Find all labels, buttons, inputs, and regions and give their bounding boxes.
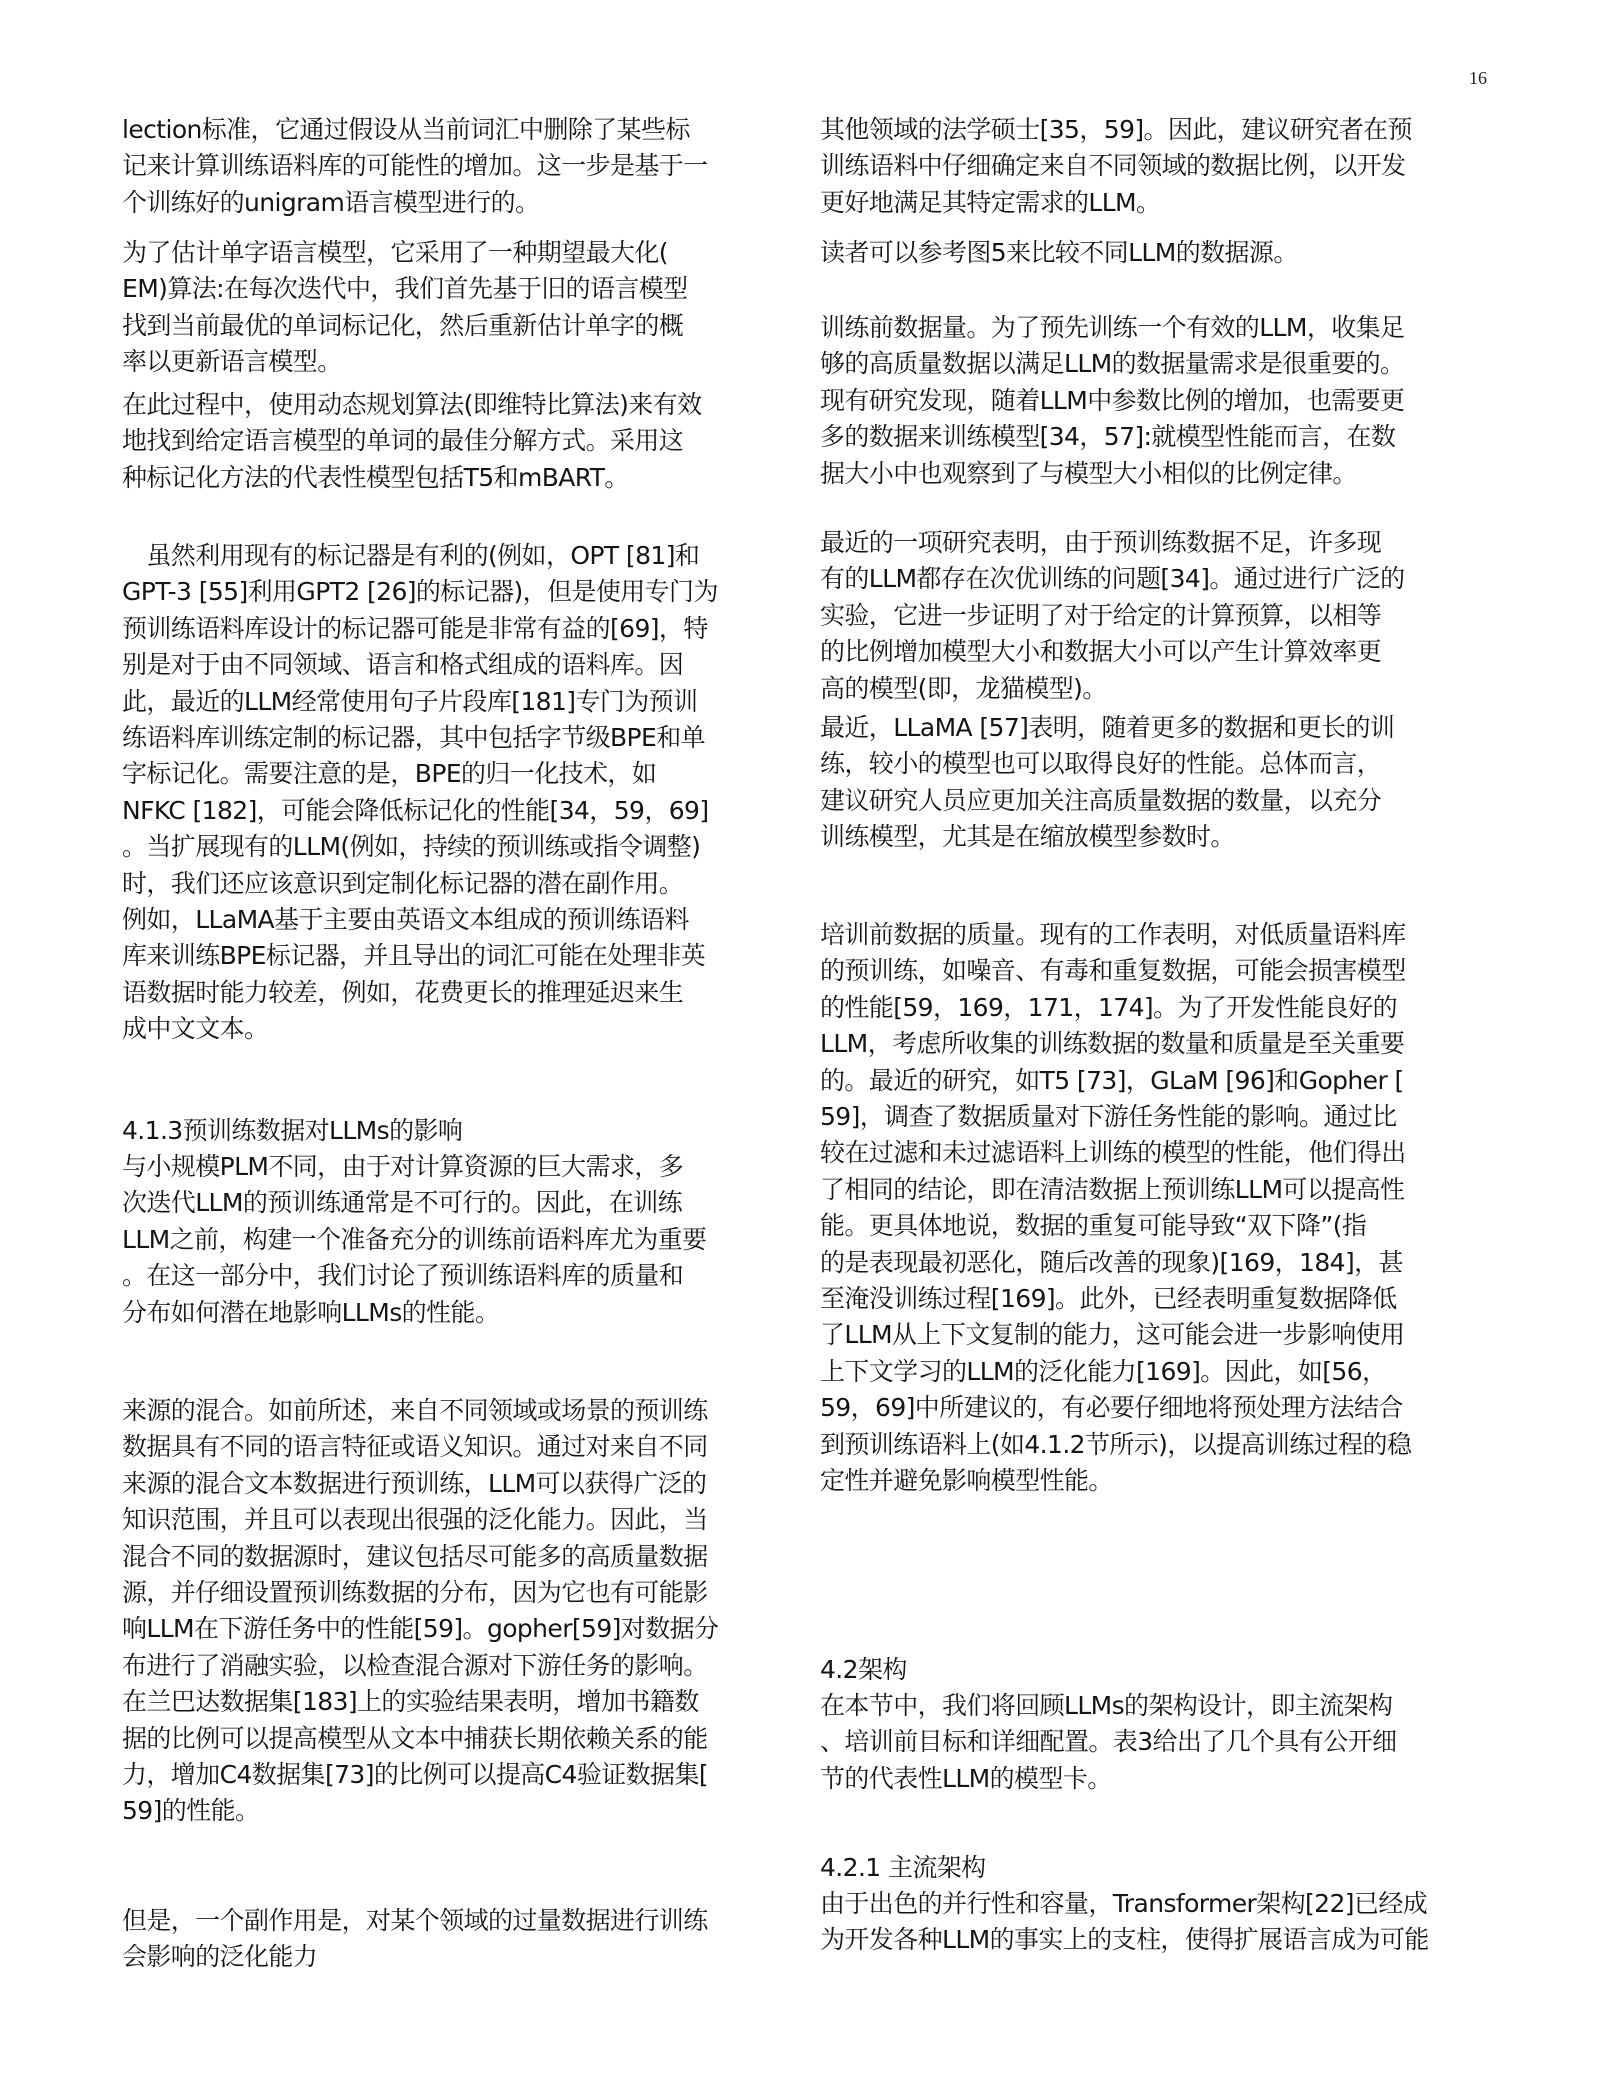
text-line: 率以更新语言模型。 [122, 344, 342, 380]
text-line: 库来训练BPE标记器，并且导出的词汇可能在处理非英 [122, 938, 705, 974]
text-line: 培训前数据的质量。现有的工作表明，对低质量语料库 [820, 917, 1406, 953]
text-line: 练语料库训练定制的标记器，其中包括字节级BPE和单 [122, 720, 705, 756]
text-line: 种标记化方法的代表性模型包括T5和mBART。 [122, 460, 629, 496]
text-line: 训练语料中仔细确定来自不同领域的数据比例，以开发 [820, 148, 1406, 184]
text-line: 虽然利用现有的标记器是有利的(例如，OPT [81]和 [122, 538, 699, 574]
text-line: EM)算法:在每次迭代中，我们首先基于旧的语言模型 [122, 271, 688, 307]
text-line: 节的代表性LLM的模型卡。 [820, 1761, 1112, 1797]
text-line: LLM，考虑所收集的训练数据的数量和质量是至关重要 [820, 1026, 1404, 1062]
text-line: 了LLM从上下文复制的能力，这可能会进一步影响使用 [820, 1317, 1404, 1353]
text-line: 次迭代LLM的预训练通常是不可行的。因此，在训练 [122, 1185, 682, 1221]
text-line: 现有研究发现，随着LLM中参数比例的增加，也需要更 [820, 383, 1404, 419]
text-line: 数据具有不同的语言特征或语义知识。通过对来自不同 [122, 1429, 708, 1465]
text-line: 源，并仔细设置预训练数据的分布，因为它也有可能影 [122, 1575, 708, 1611]
text-line: 知识范围，并且可以表现出很强的泛化能力。因此，当 [122, 1502, 708, 1538]
heading-text: 4.1.3预训练数据对LLMs的影响 [122, 1113, 462, 1149]
text-line: 例如，LLaMA基于主要由英语文本组成的预训练语料 [122, 902, 689, 938]
text-line: 找到当前最优的单词标记化，然后重新估计单字的概 [122, 308, 683, 344]
text-line: 训练前数据量。为了预先训练一个有效的LLM，收集足 [820, 310, 1404, 346]
text-line: 能。更具体地说，数据的重复可能导致“双下降”(指 [820, 1208, 1366, 1244]
text-line: 记来计算训练语料库的可能性的增加。这一步是基于一 [122, 148, 708, 184]
text-line: 了相同的结论，即在清洁数据上预训练LLM可以提高性 [820, 1172, 1404, 1208]
text-line: 响LLM在下游任务中的性能[59]。gopher[59]对数据分 [122, 1611, 718, 1647]
text-line: 其他领域的法学硕士[35，59]。因此，建议研究者在预 [820, 112, 1412, 148]
text-line: 的预训练，如噪音、有毒和重复数据，可能会损害模型 [820, 953, 1406, 989]
text-line: 地找到给定语言模型的单词的最佳分解方式。采用这 [122, 423, 683, 459]
text-line: 来源的混合文本数据进行预训练，LLM可以获得广泛的 [122, 1466, 706, 1502]
text-line: 的比例增加模型大小和数据大小可以产生计算效率更 [820, 634, 1381, 670]
text-line: 字标记化。需要注意的是，BPE的归一化技术，如 [122, 756, 656, 792]
text-line: 在本节中，我们将回顾LLMs的架构设计，即主流架构 [820, 1688, 1392, 1724]
text-line: 够的高质量数据以满足LLM的数据量需求是很重要的。 [820, 346, 1404, 382]
text-line: 。当扩展现有的LLM(例如，持续的预训练或指令调整) [122, 829, 700, 865]
text-line: 别是对于由不同领域、语言和格式组成的语料库。因 [122, 647, 683, 683]
text-line: 与小规模PLM不同，由于对计算资源的巨大需求，多 [122, 1149, 683, 1185]
text-line: 为了估计单字语言模型，它采用了一种期望最大化( [122, 235, 668, 271]
text-line: 时，我们还应该意识到定制化标记器的潜在副作用。 [122, 866, 683, 902]
text-line: 上下文学习的LLM的泛化能力[169]。因此，如[56， [820, 1354, 1386, 1390]
text-line: 分布如何潜在地影响LLMs的性能。 [122, 1295, 499, 1331]
text-line: 的性能[59，169，171，174]。为了开发性能良好的 [820, 990, 1397, 1026]
text-line: 混合不同的数据源时，建议包括尽可能多的高质量数据 [122, 1539, 708, 1575]
text-line: 练，较小的模型也可以取得良好的性能。总体而言， [820, 746, 1381, 782]
text-line: 。在这一部分中，我们讨论了预训练语料库的质量和 [122, 1258, 683, 1294]
text-line: 的是表现最初恶化，随后改善的现象)[169，184]，甚 [820, 1245, 1403, 1281]
text-line: 语数据时能力较差，例如，花费更长的推理延迟来生 [122, 975, 683, 1011]
text-line: 但是，一个副作用是，对某个领域的过量数据进行训练 [122, 1903, 708, 1939]
text-line: 59，69]中所建议的，有必要仔细地将预处理方法结合 [820, 1390, 1403, 1426]
text-line: 布进行了消融实验，以检查混合源对下游任务的影响。 [122, 1648, 708, 1684]
page-number: 16 [1469, 68, 1487, 89]
text-line: 多的数据来训练模型[34，57]:就模型性能而言，在数 [820, 419, 1395, 455]
text-line: 力，增加C4数据集[73]的比例可以提高C4验证数据集[ [122, 1757, 708, 1793]
text-line: 预训练语料库设计的标记器可能是非常有益的[69]，特 [122, 611, 708, 647]
text-line: 在此过程中，使用动态规划算法(即维特比算法)来有效 [122, 387, 702, 423]
heading-text: 4.2.1 主流架构 [820, 1850, 986, 1886]
text-line: 实验，它进一步证明了对于给定的计算预算，以相等 [820, 598, 1381, 634]
text-line: NFKC [182]，可能会降低标记化的性能[34，59，69] [122, 793, 708, 829]
text-line: 为开发各种LLM的事实上的支柱，使得扩展语言成为可能 [820, 1922, 1429, 1958]
text-line: 会影响的泛化能力 [122, 1939, 317, 1975]
text-line: 至淹没训练过程[169]。此外，已经表明重复数据降低 [820, 1281, 1397, 1317]
text-line: 在兰巴达数据集[183]上的实验结果表明，增加书籍数 [122, 1684, 699, 1720]
heading-text: 4.2架构 [820, 1652, 907, 1688]
text-line: 最近，LLaMA [57]表明，随着更多的数据和更长的训 [820, 710, 1394, 746]
text-line: 的。最近的研究，如T5 [73]，GLaM [96]和Gopher [ [820, 1063, 1404, 1099]
text-line: 高的模型(即，龙猫模型)。 [820, 671, 1107, 707]
text-line: 较在过滤和未过滤语料上训练的模型的性能，他们得出 [820, 1135, 1406, 1171]
text-line: GPT-3 [55]利用GPT2 [26]的标记器)，但是使用专门为 [122, 574, 718, 610]
text-line: 到预训练语料上(如4.1.2节所示)，以提高训练过程的稳 [820, 1427, 1411, 1463]
text-line: 定性并避免影响模型性能。 [820, 1463, 1113, 1499]
text-line: 、培训前目标和详细配置。表3给出了几个具有公开细 [820, 1724, 1397, 1760]
text-line: 个训练好的unigram语言模型进行的。 [122, 185, 539, 221]
text-line: lection标准，它通过假设从当前词汇中删除了某些标 [122, 112, 690, 148]
text-line: 建议研究人员应更加关注高质量数据的数量，以充分 [820, 783, 1381, 819]
text-line: 由于出色的并行性和容量，Transformer架构[22]已经成 [820, 1886, 1427, 1922]
text-line: LLM之前，构建一个准备充分的训练前语料库尤为重要 [122, 1222, 706, 1258]
text-line: 训练模型，尤其是在缩放模型参数时。 [820, 819, 1235, 855]
text-line: 最近的一项研究表明，由于预训练数据不足，许多现 [820, 525, 1381, 561]
text-line: 来源的混合。如前所述，来自不同领域或场景的预训练 [122, 1393, 708, 1429]
text-line: 59]，调查了数据质量对下游任务性能的影响。通过比 [820, 1099, 1397, 1135]
text-line: 成中文文本。 [122, 1011, 268, 1047]
text-line: 据大小中也观察到了与模型大小相似的比例定律。 [820, 456, 1357, 492]
text-line: 读者可以参考图5来比较不同LLM的数据源。 [820, 235, 1298, 271]
text-line: 据的比例可以提高模型从文本中捕获长期依赖关系的能 [122, 1721, 708, 1757]
text-line: 有的LLM都存在次优训练的问题[34]。通过进行广泛的 [820, 561, 1405, 597]
text-line: 更好地满足其特定需求的LLM。 [820, 185, 1160, 221]
text-line: 59]的性能。 [122, 1793, 259, 1829]
text-line: 此，最近的LLM经常使用句子片段库[181]专门为预训 [122, 684, 697, 720]
